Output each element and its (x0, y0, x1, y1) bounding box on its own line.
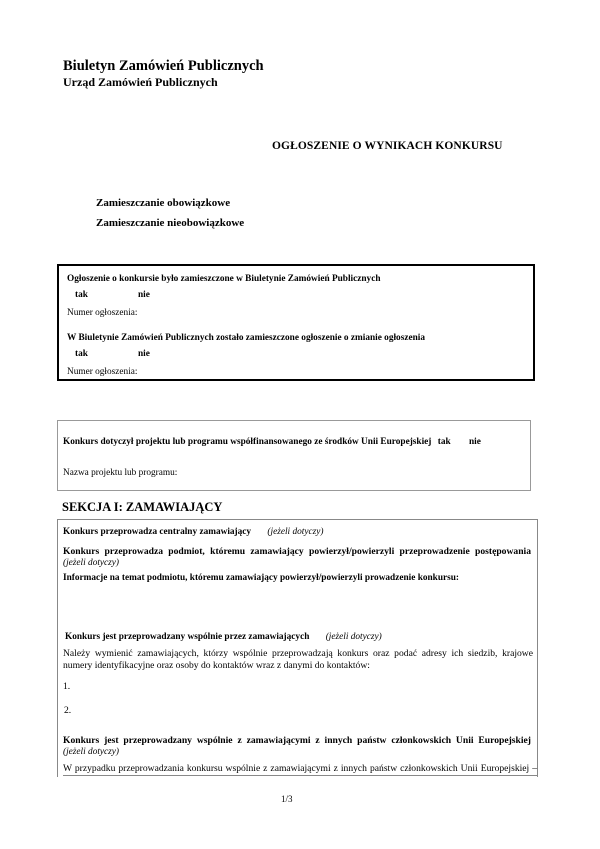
central-contracting-row[interactable]: Konkurs przeprowadza centralny zamawiają… (63, 527, 323, 537)
change-number-label: Numer ogłoszenia: (67, 367, 137, 377)
joint-instructions: Należy wymienić zamawiających, którzy ws… (63, 648, 533, 671)
joint-contracting-row[interactable]: Konkurs jest przeprowadzany wspólnie prz… (65, 632, 382, 642)
delegated-entity-row[interactable]: Konkurs przeprowadza podmiot, któremu za… (63, 546, 531, 557)
joint-contracting-label: Konkurs jest przeprowadzany wspólnie prz… (65, 632, 309, 642)
central-contracting-label: Konkurs przeprowadza centralny zamawiają… (63, 527, 251, 537)
page-number: 1/3 (281, 794, 293, 804)
if-applicable-note: (jeżeli dotyczy) (326, 632, 382, 642)
eu-yes-option[interactable]: tak (438, 437, 451, 447)
change-no-option[interactable]: nie (138, 349, 150, 359)
eu-question-text: Konkurs dotyczył projektu lub programu w… (63, 437, 431, 447)
project-name-label: Nazwa projektu lub programu: (63, 468, 177, 478)
delegated-entity-info-label: Informacje na temat podmiotu, któremu za… (63, 573, 459, 583)
bzp-no-option[interactable]: nie (138, 290, 150, 300)
section-heading: SEKCJA I: ZAMAWIAJĄCY (62, 500, 222, 515)
change-notice-question: W Biuletynie Zamówień Publicznych został… (67, 333, 425, 343)
option-optional[interactable]: Zamieszczanie nieobowiązkowe (96, 217, 244, 229)
bzp-number-label: Numer ogłoszenia: (67, 308, 137, 318)
bzp-yes-option[interactable]: tak (75, 290, 88, 300)
bulletin-title: Biuletyn Zamówień Publicznych (63, 58, 264, 75)
if-applicable-note: (jeżeli dotyczy) (267, 527, 323, 537)
change-yes-option[interactable]: tak (75, 349, 88, 359)
eu-question: Konkurs dotyczył projektu lub programu w… (63, 437, 481, 447)
if-applicable-note: (jeżeli dotyczy) (63, 558, 119, 568)
bzp-question: Ogłoszenie o konkursie było zamieszczone… (67, 274, 381, 284)
joint-eu-text: W przypadku przeprowadzania konkursu wsp… (63, 763, 537, 776)
if-applicable-note: (jeżeli dotyczy) (63, 747, 119, 757)
joint-item-1: 1. (63, 681, 70, 692)
office-name: Urząd Zamówień Publicznych (63, 75, 218, 90)
option-mandatory[interactable]: Zamieszczanie obowiązkowe (96, 197, 230, 209)
document-title: OGŁOSZENIE O WYNIKACH KONKURSU (272, 140, 503, 152)
joint-eu-row[interactable]: Konkurs jest przeprowadzany wspólnie z z… (63, 735, 531, 746)
eu-no-option[interactable]: nie (469, 437, 481, 447)
section1-box: Konkurs przeprowadza centralny zamawiają… (57, 519, 538, 777)
eu-funding-box: Konkurs dotyczył projektu lub programu w… (57, 420, 531, 491)
joint-item-2: 2. (64, 705, 71, 716)
bzp-publication-box: Ogłoszenie o konkursie było zamieszczone… (57, 264, 535, 381)
